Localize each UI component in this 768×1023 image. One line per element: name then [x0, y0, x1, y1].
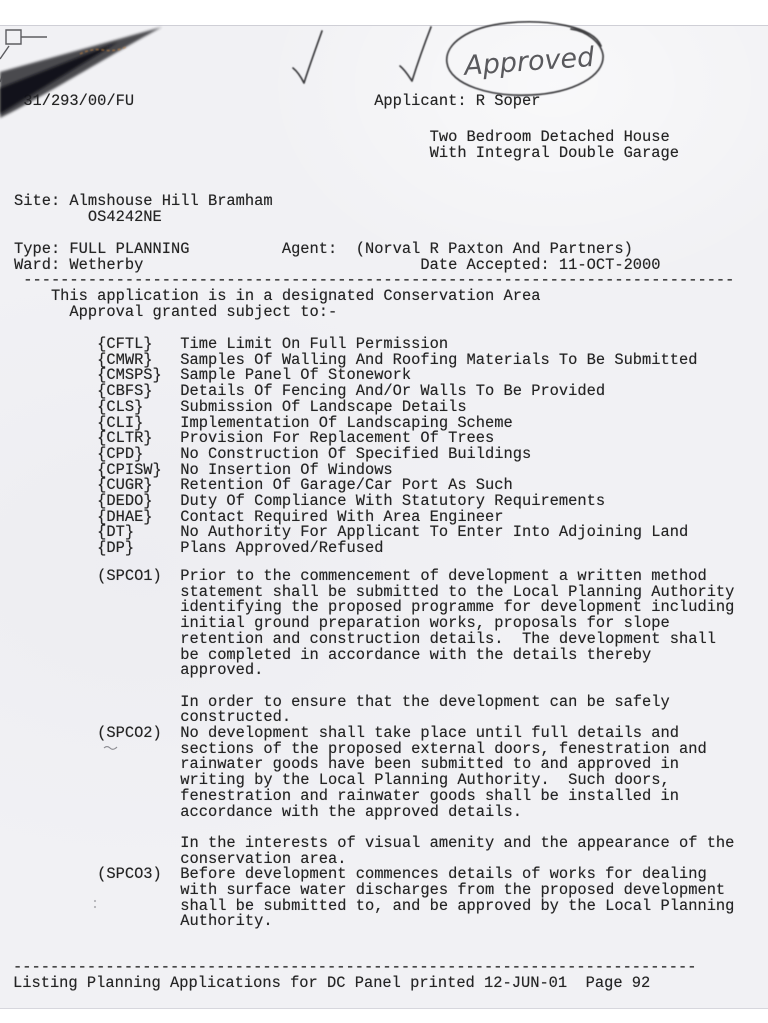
text-line: Authority.: [14, 914, 734, 930]
text-line: approved.: [14, 663, 734, 679]
type-ward-block: Type: FULL PLANNING Agent: (Norval R Pax…: [14, 242, 734, 321]
text-line: {DP} Plans Approved/Refused: [14, 541, 697, 557]
text-line: Approval granted subject to:-: [14, 305, 734, 321]
header-block: 31/293/00/FU Applicant: R Soper: [14, 94, 540, 110]
text-line: accordance with the approved details.: [14, 805, 734, 821]
scanned-document-page: 31/293/00/FU Applicant: R Soper Two Bedr…: [0, 0, 768, 1023]
text-line: 31/293/00/FU Applicant: R Soper: [14, 94, 540, 110]
site-block: Site: Almshouse Hill Bramham OS4242NE: [14, 194, 273, 225]
proposal-block: Two Bedroom Detached House With Integral…: [14, 130, 679, 161]
text-line: Listing Planning Applications for DC Pan…: [13, 976, 696, 992]
footer-block: ----------------------------------------…: [13, 960, 696, 991]
special-conditions-block: (SPCO1) Prior to the commencement of dev…: [14, 569, 734, 930]
conditions-block: {CFTL} Time Limit On Full Permission {CM…: [14, 337, 697, 557]
text-line: With Integral Double Garage: [14, 146, 679, 162]
text-line: OS4242NE: [14, 210, 273, 226]
